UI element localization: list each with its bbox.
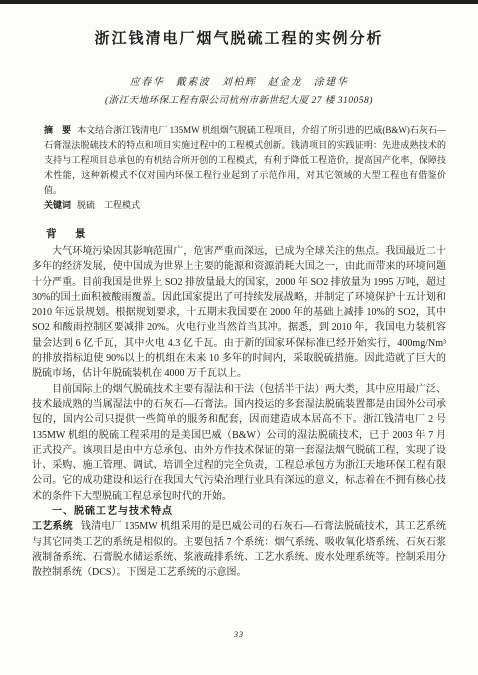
paragraph-text: 钱清电厂 135MW 机组采用的是巴威公司的石灰石—石膏法脱硫技术，其工艺系统与… bbox=[32, 521, 446, 578]
abstract-label: 摘 要 bbox=[44, 125, 71, 135]
abstract-text: 本文结合浙江钱清电厂 135MW 机组烟气脱硫工程项目，介绍了所引进的巴威(B&… bbox=[44, 125, 446, 195]
paper-title: 浙江钱清电厂烟气脱硫工程的实例分析 bbox=[20, 30, 458, 48]
page-number: 33 bbox=[0, 630, 478, 639]
section-heading-1: 一、脱硫工艺与技术特点 bbox=[52, 504, 446, 519]
document-page: 浙江钱清电厂烟气脱硫工程的实例分析 应春华 戴素波 刘柏辉 赵金龙 涂建华 (浙… bbox=[0, 0, 478, 675]
paragraph-lead: 工艺系统 bbox=[32, 521, 73, 532]
abstract-block: 摘 要本文结合浙江钱清电厂 135MW 机组烟气脱硫工程项目，介绍了所引进的巴威… bbox=[44, 123, 446, 198]
authors-line: 应春华 戴素波 刘柏辉 赵金龙 涂建华 bbox=[0, 73, 478, 88]
paragraph-background-1: 大气环境污染因其影响范围广，危害严重而深远，已成为全球关注的焦点。我国最近二十多… bbox=[32, 244, 446, 382]
keywords-line: 关键词脱硫 工程模式 bbox=[44, 198, 446, 213]
paragraph-background-2: 目前国际上的烟气脱硫技术主要有湿法和干法（包括半干法）两大类，其中应用最广泛、技… bbox=[32, 382, 446, 504]
paragraph-process-system: 工艺系统钱清电厂 135MW 机组采用的是巴威公司的石灰石—石膏法脱硫技术，其工… bbox=[32, 519, 446, 580]
section-heading-background: 背 景 bbox=[46, 227, 446, 242]
affiliation-line: (浙江天地环保工程有限公司杭州市新世纪大厦 27 楼 310058) bbox=[0, 92, 478, 106]
scan-edge-top bbox=[0, 0, 478, 4]
keywords-text: 脱硫 工程模式 bbox=[77, 200, 140, 210]
keywords-label: 关键词 bbox=[44, 200, 71, 210]
